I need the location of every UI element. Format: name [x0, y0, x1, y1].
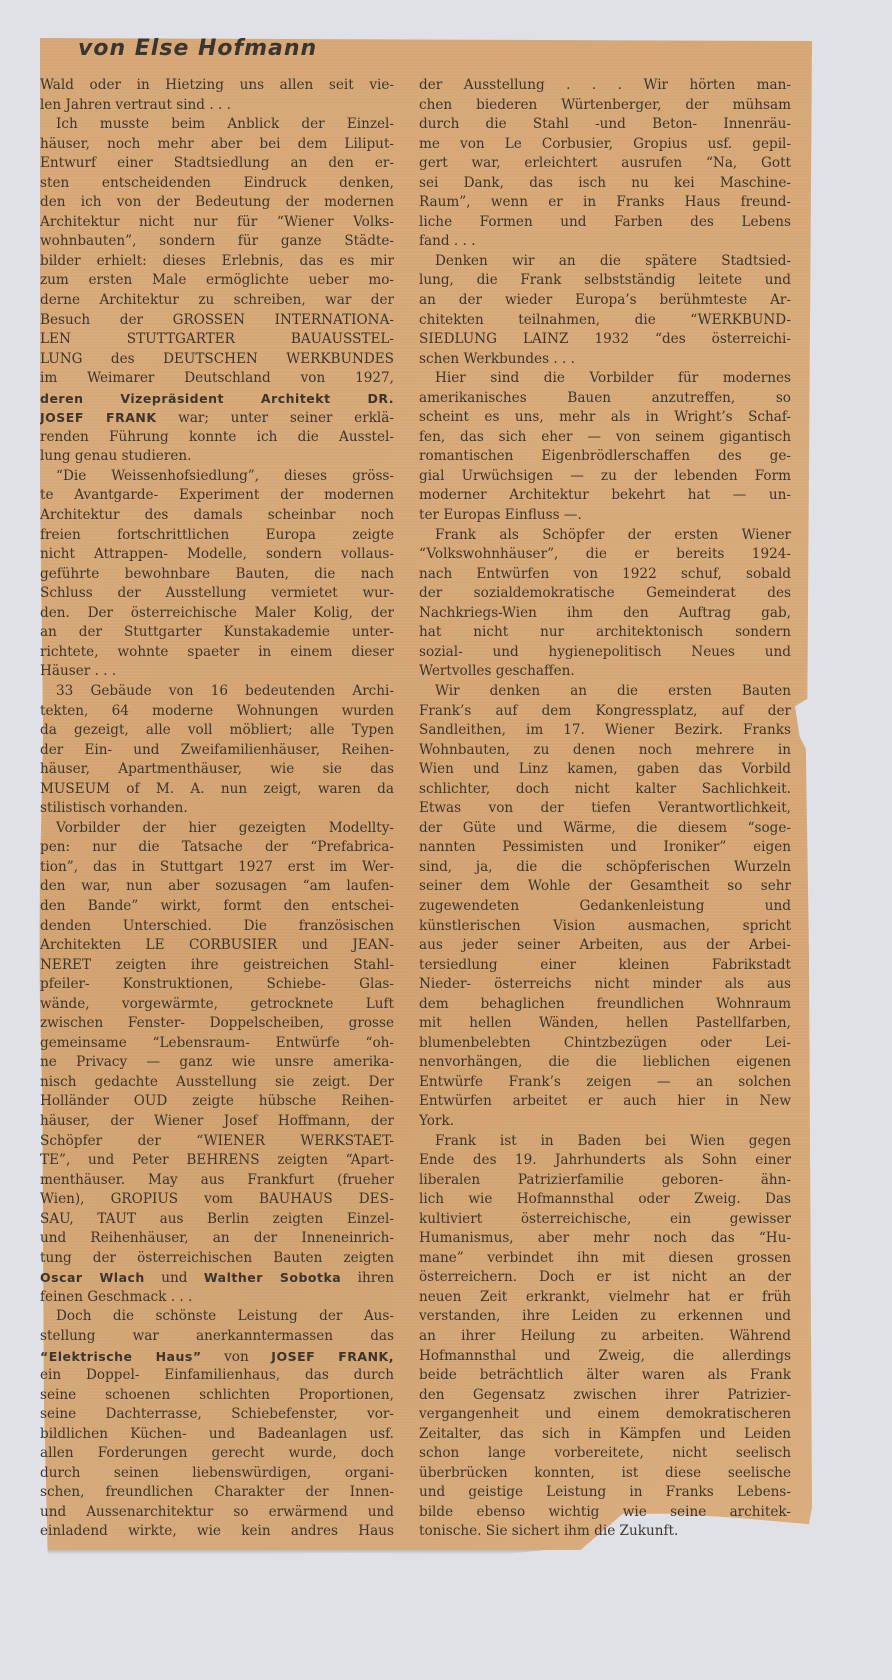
text-line: Frank’s auf dem Kongressplatz, auf der	[419, 702, 791, 722]
text-line: Wir denken an die ersten Bauten	[419, 682, 791, 702]
text-line: Humanismus, aber mehr noch das “Hu-	[419, 1229, 791, 1249]
text-line: Denken wir an die spätere Stadtsied-	[419, 252, 791, 272]
text-line: schen, freundlichen Charakter der Innen-	[40, 1483, 394, 1503]
text-line: MUSEUM of M. A. nun zeigt, waren da	[40, 780, 394, 800]
text-line: lich wie Hofmannsthal oder Zweig. Das	[419, 1190, 791, 1210]
text-line: Doch die schönste Leistung der Aus-	[40, 1307, 394, 1327]
text-line: Wertvolles geschaffen.	[419, 662, 791, 682]
text-line: Hier sind die Vorbilder für modernes	[419, 369, 791, 389]
text-line: Holländer OUD zeigte hübsche Reihen-	[40, 1092, 394, 1112]
text-line: schlichter, doch nicht kalter Sachlichke…	[419, 780, 791, 800]
text-line: im Weimarer Deutschland von 1927,	[40, 369, 394, 389]
text-line: SAU, TAUT aus Berlin zeigten Einzel-	[40, 1210, 394, 1230]
text-line: den. Der österreichische Maler Kolig, de…	[40, 604, 394, 624]
text-line: sei Dank, das isch nu kei Maschine-	[419, 174, 791, 194]
text-line: freien fortschrittlichen Europa zeigte	[40, 526, 394, 546]
text-line: und Reihenhäuser, an der Inneneinrich-	[40, 1229, 394, 1249]
text-line: aus jeder seiner Arbeiten, aus der Arbei…	[419, 936, 791, 956]
text-line: stilistisch vorhanden.	[40, 799, 394, 819]
article-column-right: der Ausstellung . . . Wir hörten man-che…	[419, 76, 791, 1542]
text-line: nicht Attrappen- Modelle, sondern vollau…	[40, 545, 394, 565]
text-line: chen biederen Würtenberger, der mühsam	[419, 96, 791, 116]
text-line: Ende des 19. Jahrhunderts als Sohn einer	[419, 1151, 791, 1171]
text-line: der sozialdemokratische Gemeinderat des	[419, 584, 791, 604]
text-line: Entwurf einer Stadtsiedlung an den er-	[40, 154, 394, 174]
text-line: “Elektrische Haus” von JOSEF FRANK,	[40, 1347, 394, 1367]
text-line: blumenbelebten Chintzbezügen oder Lei-	[419, 1034, 791, 1054]
text-line: und Aussenarchitektur so erwärmend und	[40, 1503, 394, 1523]
text-line: fen, das sich eher — von seinem gigantis…	[419, 428, 791, 448]
text-line: häuser, noch mehr aber bei dem Liliput-	[40, 135, 394, 155]
text-line: überbrücken konnten, ist diese seelische	[419, 1464, 791, 1484]
text-line: derne Architektur zu schreiben, war der	[40, 291, 394, 311]
text-line: den ich von der Bedeutung der modernen	[40, 193, 394, 213]
text-line: zugewendeten Gedankenleistung und	[419, 897, 791, 917]
text-line: liberalen Patrizierfamilie geboren- ähn-	[419, 1171, 791, 1191]
text-line: Architekten LE CORBUSIER und JEAN-	[40, 936, 394, 956]
text-line: amerikanisches Bauen anzutreffen, so	[419, 389, 791, 409]
text-line: und geistige Leistung in Franks Lebens-	[419, 1483, 791, 1503]
text-line: Sandleithen, im 17. Wiener Bezirk. Frank…	[419, 721, 791, 741]
text-line: pfeiler- Konstruktionen, Schiebe- Glas-	[40, 975, 394, 995]
text-line: gial Urwüchsigen — zu der lebenden Form	[419, 467, 791, 487]
text-line: gert war, erleichtert ausrufen “Na, Gott	[419, 154, 791, 174]
text-line: bilde ebenso wichtig wie seine architek-	[419, 1503, 791, 1523]
text-line: Entwürfen arbeitet er auch hier in New	[419, 1092, 791, 1112]
text-line: Raum”, wenn er in Franks Haus freund-	[419, 193, 791, 213]
text-line: nannten Pessimisten und Ironiker” eigen	[419, 838, 791, 858]
text-line: an ihrer Heilung zu arbeiten. Während	[419, 1327, 791, 1347]
text-line: romantischen Eigenbrödlerschaffen des ge…	[419, 447, 791, 467]
text-line: menthäuser. May aus Frankfurt (frueher	[40, 1171, 394, 1191]
text-line: seiner dem Wohle der Gesamtheit so sehr	[419, 877, 791, 897]
text-line: Schöpfer der “WIENER WERKSTAET-	[40, 1132, 394, 1152]
text-line: scheint es uns, mehr als in Wright’s Sch…	[419, 408, 791, 428]
text-line: neuen Zeit erkrankt, vielmehr hat er frü…	[419, 1288, 791, 1308]
text-line: Zeitalter, das sich in Kämpfen und Leide…	[419, 1425, 791, 1445]
text-line: an der wieder Europa’s berühmteste Ar-	[419, 291, 791, 311]
text-line: richtete, wohnte spaeter in einem dieser	[40, 643, 394, 663]
text-line: JOSEF FRANK war; unter seiner erklä-	[40, 408, 394, 428]
text-line: Häuser . . .	[40, 662, 394, 682]
text-line: der Ausstellung . . . Wir hörten man-	[419, 76, 791, 96]
text-line: durch die Stahl -und Beton- Innenräu-	[419, 115, 791, 135]
text-line: Besuch der GROSSEN INTERNATIONA-	[40, 311, 394, 331]
text-line: pen: nur die Tatsache der “Prefabrica-	[40, 838, 394, 858]
text-line: beide beträchtlich älter waren als Frank	[419, 1366, 791, 1386]
text-line: fand . . .	[419, 232, 791, 252]
text-line: Nachkriegs-Wien ihm den Auftrag gab,	[419, 604, 791, 624]
text-line: LUNG des DEUTSCHEN WERKBUNDES	[40, 350, 394, 370]
text-line: NERET zeigten ihre geistreichen Stahl-	[40, 956, 394, 976]
text-line: Vorbilder der hier gezeigten Modellty-	[40, 819, 394, 839]
text-line: sozial- und hygienepolitisch Neues und	[419, 643, 791, 663]
text-line: schon lange vorbereitete, nicht seelisch	[419, 1444, 791, 1464]
text-line: zwischen Fenster- Doppelscheiben, grosse	[40, 1014, 394, 1034]
text-line: sten entscheidenden Eindruck denken,	[40, 174, 394, 194]
text-line: ne Privacy — ganz wie unsre amerika-	[40, 1053, 394, 1073]
text-line: Wohnbauten, zu denen noch mehrere in	[419, 741, 791, 761]
text-line: sind, ja, die die schöpferischen Wurzeln	[419, 858, 791, 878]
text-line: seine schoenen schlichten Proportionen,	[40, 1386, 394, 1406]
text-line: renden Führung konnte ich die Ausstel-	[40, 428, 394, 448]
text-line: Wien), GROPIUS vom BAUHAUS DES-	[40, 1190, 394, 1210]
text-line: mane” verbindet ihn mit diesen grossen	[419, 1249, 791, 1269]
text-line: LEN STUTTGARTER BAUAUSSTEL-	[40, 330, 394, 350]
text-line: der Ein- und Zweifamilienhäuser, Reihen-	[40, 741, 394, 761]
text-line: bildlichen Küchen- und Badeanlagen usf.	[40, 1425, 394, 1445]
text-line: lung genau studieren.	[40, 447, 394, 467]
text-line: stellung war anerkanntermassen das	[40, 1327, 394, 1347]
text-line: tion”, das in Stuttgart 1927 erst im Wer…	[40, 858, 394, 878]
text-line: nach Entwürfen von 1922 schuf, sobald	[419, 565, 791, 585]
text-line: vergangenheit und einem demokratischeren	[419, 1405, 791, 1425]
text-line: Wien und Linz kamen, gaben das Vorbild	[419, 760, 791, 780]
byline: von Else Hofmann	[78, 36, 317, 61]
text-line: tekten, 64 moderne Wohnungen wurden	[40, 702, 394, 722]
text-line: York.	[419, 1112, 791, 1132]
text-line: nenvorhängen, die die lieblichen eigenen	[419, 1053, 791, 1073]
text-line: Architektur des damals scheinbar noch	[40, 506, 394, 526]
text-line: tung der österreichischen Bauten zeigten	[40, 1249, 394, 1269]
text-line: Frank ist in Baden bei Wien gegen	[419, 1132, 791, 1152]
text-line: me von Le Corbusier, Gropius usf. gepil-	[419, 135, 791, 155]
text-line: geführte bewohnbare Bauten, die nach	[40, 565, 394, 585]
text-line: Hofmannsthal und Zweig, die allerdings	[419, 1347, 791, 1367]
text-line: Ich musste beim Anblick der Einzel-	[40, 115, 394, 135]
text-line: zum ersten Male ermöglichte ueber mo-	[40, 271, 394, 291]
text-line: der Güte und Wärme, die diesem “soge-	[419, 819, 791, 839]
text-line: nisch gedachte Ausstellung sie zeigt. De…	[40, 1073, 394, 1093]
text-line: häuser, der Wiener Josef Hoffmann, der	[40, 1112, 394, 1132]
text-line: Frank als Schöpfer der ersten Wiener	[419, 526, 791, 546]
text-line: denden Unterschied. Die französischen	[40, 917, 394, 937]
text-line: SIEDLUNG LAINZ 1932 “des österreichi-	[419, 330, 791, 350]
text-line: da gezeigt, alle voll möbliert; alle Typ…	[40, 721, 394, 741]
text-line: 33 Gebäude von 16 bedeutenden Archi-	[40, 682, 394, 702]
text-line: te Avantgarde- Experiment der modernen	[40, 486, 394, 506]
text-line: “Volkswohnhäuser”, die er bereits 1924-	[419, 545, 791, 565]
text-line: chitekten teilnahmen, die “WERKBUND-	[419, 311, 791, 331]
text-line: dem behaglichen freundlichen Wohnraum	[419, 995, 791, 1015]
text-line: Etwas von der tiefen Verantwortlichkeit,	[419, 799, 791, 819]
article-column-left: Wald oder in Hietzing uns allen seit vie…	[40, 76, 394, 1542]
text-line: häuser, Apartmenthäuser, wie sie das	[40, 760, 394, 780]
text-line: künstlerischen Vision ausmachen, spricht	[419, 917, 791, 937]
text-line: moderner Architektur bekehrt hat — un-	[419, 486, 791, 506]
text-line: Schluss der Ausstellung vermietet wur-	[40, 584, 394, 604]
text-line: tersiedlung einer kleinen Fabrikstadt	[419, 956, 791, 976]
text-line: TE”, und Peter BEHRENS zeigten “Apart-	[40, 1151, 394, 1171]
text-line: den Bande” wirkt, formt den entschei-	[40, 897, 394, 917]
text-line: feinen Geschmack . . .	[40, 1288, 394, 1308]
text-line: hat nicht nur architektonisch sondern	[419, 623, 791, 643]
text-line: lung, die Frank selbstständig leitete un…	[419, 271, 791, 291]
text-line: seine Dachterrasse, Schiebefenster, vor-	[40, 1405, 394, 1425]
text-line: liche Formen und Farben des Lebens	[419, 213, 791, 233]
text-line: Wald oder in Hietzing uns allen seit vie…	[40, 76, 394, 96]
text-line: bilder erhielt: dieses Erlebnis, das es …	[40, 252, 394, 272]
text-line: Nieder- österreichs nicht minder als aus	[419, 975, 791, 995]
text-line: len Jahren vertraut sind . . .	[40, 96, 394, 116]
text-line: einladend wirkte, wie kein andres Haus	[40, 1522, 394, 1542]
text-line: verstanden, ihre Leiden zu erkennen und	[419, 1307, 791, 1327]
text-line: Oscar Wlach und Walther Sobotka ihren	[40, 1268, 394, 1288]
text-line: mit hellen Wänden, hellen Pastellfarben,	[419, 1014, 791, 1034]
text-line: ein Doppel- Einfamilienhaus, das durch	[40, 1366, 394, 1386]
text-line: kultiviert österreichische, ein gewisser	[419, 1210, 791, 1230]
text-line: den war, nun aber sozusagen “am laufen-	[40, 877, 394, 897]
text-line: deren Vizepräsident Architekt DR.	[40, 389, 394, 409]
text-line: den Gegensatz zwischen ihrer Patrizier-	[419, 1386, 791, 1406]
text-line: ter Europas Einfluss —.	[419, 506, 791, 526]
text-line: an der Stuttgarter Kunstakademie unter-	[40, 623, 394, 643]
text-line: wände, vorgewärmte, getrocknete Luft	[40, 995, 394, 1015]
text-line: österreichern. Doch er ist nicht an der	[419, 1268, 791, 1288]
text-line: Entwürfe Frank’s zeigen — an solchen	[419, 1073, 791, 1093]
text-line: allen Forderungen gerecht wurde, doch	[40, 1444, 394, 1464]
text-line: “Die Weissenhofsiedlung”, dieses gröss-	[40, 467, 394, 487]
text-line: wohnbauten”, sondern für ganze Städte-	[40, 232, 394, 252]
text-line: gemeinsame “Lebensraum- Entwürfe “oh-	[40, 1034, 394, 1054]
text-line: tonische. Sie sichert ihm die Zukunft.	[419, 1522, 791, 1542]
text-line: schen Werkbundes . . .	[419, 350, 791, 370]
text-line: durch seinen liebenswürdigen, organi-	[40, 1464, 394, 1484]
text-line: Architektur nicht nur für “Wiener Volks-	[40, 213, 394, 233]
